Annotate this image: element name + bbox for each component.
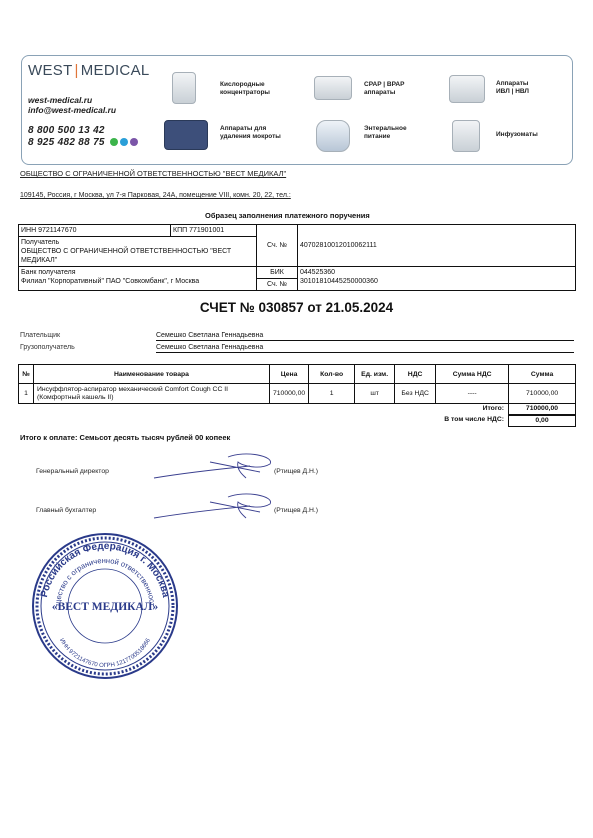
- product-cough-assist: Аппараты дляудаления мокроты: [220, 125, 281, 141]
- corr-account-label: Сч. №: [257, 279, 298, 291]
- bank-name: Филиал "Корпоративный" ПАО "Совкомбанк",…: [21, 277, 254, 286]
- product-cpap: CPAP | BPAPаппараты: [364, 81, 404, 97]
- bank-cell: Банк получателя Филиал "Корпоративный" П…: [19, 267, 257, 291]
- row-name-line-1: Инсуффлятор-аспиратор механический Comfo…: [37, 386, 266, 394]
- enteral-pump-icon: [316, 120, 350, 152]
- email-link[interactable]: info@west-medical.ru: [28, 105, 116, 115]
- payment-sample-title: Образец заполнения платежного поручения: [205, 211, 370, 220]
- total-label: Итого:: [304, 405, 504, 412]
- account-label: Сч. №: [257, 225, 298, 267]
- payer-value: Семешко Светлана Геннадьевна: [156, 332, 574, 341]
- recipient-name: ОБЩЕСТВО С ОГРАНИЧЕННОЙ ОТВЕТСТВЕННОСТЬЮ…: [21, 247, 251, 265]
- director-role: Генеральный директор: [36, 468, 109, 475]
- total-value: 710000,00: [508, 404, 576, 415]
- goods-header-row: № Наименование товара Цена Кол-во Ед. из…: [19, 365, 576, 384]
- vat-total-value: 0,00: [508, 415, 576, 427]
- phone-2-row: 8 925 482 88 75: [28, 137, 138, 148]
- row-num: 1: [19, 384, 34, 404]
- bik-corr-cell: 044525360 30101810445250000360: [298, 267, 576, 291]
- corr-account: 30101810445250000360: [300, 277, 573, 286]
- viber-icon: [130, 138, 138, 146]
- logo-separator: |: [75, 62, 79, 79]
- cpap-device-icon: [314, 76, 352, 100]
- bank-details-table: ИНН 9721147670 КПП 771901001 Сч. № 40702…: [18, 224, 576, 291]
- goods-table: № Наименование товара Цена Кол-во Ед. из…: [18, 364, 576, 404]
- bik-value: 044525360: [300, 268, 573, 277]
- recipient-label: Получатель: [21, 238, 254, 247]
- accountant-name: (Ртищев Д.Н.): [274, 507, 318, 514]
- company-stamp: Российская Федерация г. Москва Общество …: [30, 528, 180, 684]
- website-link[interactable]: west-medical.ru: [28, 95, 92, 105]
- supplier-company: ОБЩЕСТВО С ОГРАНИЧЕННОЙ ОТВЕТСТВЕННОСТЬЮ…: [20, 169, 286, 178]
- col-unit: Ед. изм.: [355, 365, 395, 384]
- logo: WEST|MEDICAL: [28, 62, 150, 79]
- row-name: Инсуффлятор-аспиратор механический Comfo…: [34, 384, 270, 404]
- accountant-signature: [150, 490, 280, 522]
- col-name: Наименование товара: [34, 365, 270, 384]
- accountant-role: Главный бухгалтер: [36, 507, 96, 514]
- col-price: Цена: [270, 365, 309, 384]
- phone-2: 8 925 482 88 75: [28, 137, 105, 148]
- account-number: 40702810012010062111: [298, 225, 576, 267]
- row-vat: Без НДС: [395, 384, 436, 404]
- recipient-cell: Получатель ОБЩЕСТВО С ОГРАНИЧЕННОЙ ОТВЕТ…: [19, 237, 257, 267]
- director-name: (Ртищев Д.Н.): [274, 468, 318, 475]
- skype-icon: [120, 138, 128, 146]
- supplier-address: 109145, Россия, г Москва, ул 7-я Паркова…: [20, 192, 291, 199]
- kpp: КПП 771901001: [171, 225, 257, 237]
- bank-label: Банк получателя: [21, 268, 254, 277]
- inn: ИНН 9721147670: [19, 225, 171, 237]
- amount-in-words: Итого к оплате: Семьсот десять тысяч руб…: [20, 433, 230, 442]
- col-num: №: [19, 365, 34, 384]
- row-unit: шт: [355, 384, 395, 404]
- row-sum: 710000,00: [509, 384, 576, 404]
- phone-1: 8 800 500 13 42: [28, 125, 105, 136]
- product-ventilator: АппаратыИВЛ | НВЛ: [496, 80, 529, 96]
- consignee-label: Грузополучатель: [20, 344, 75, 351]
- consignee-value: Семешко Светлана Геннадьевна: [156, 344, 574, 353]
- col-vat: НДС: [395, 365, 436, 384]
- product-infusion: Инфузоматы: [496, 131, 538, 139]
- infusion-pump-icon: [452, 120, 480, 152]
- col-vat-sum: Сумма НДС: [436, 365, 509, 384]
- cough-assist-icon: [164, 120, 208, 150]
- vat-total-label: В том числе НДС:: [304, 416, 504, 423]
- logo-left: WEST: [28, 62, 73, 79]
- oxygen-concentrator-icon: [172, 72, 196, 104]
- svg-text:«ВЕСТ МЕДИКАЛ»: «ВЕСТ МЕДИКАЛ»: [52, 601, 159, 613]
- row-price: 710000,00: [270, 384, 309, 404]
- row-name-line-2: (Комфортный кашель II): [37, 394, 266, 402]
- whatsapp-icon: [110, 138, 118, 146]
- row-qty: 1: [309, 384, 355, 404]
- payer-label: Плательщик: [20, 332, 60, 339]
- row-vat-sum: ----: [436, 384, 509, 404]
- col-sum: Сумма: [509, 365, 576, 384]
- product-enteral: Энтеральноепитание: [364, 125, 407, 141]
- bik-label: БИК: [257, 267, 298, 279]
- logo-right: MEDICAL: [81, 62, 150, 79]
- ventilator-icon: [449, 75, 485, 103]
- product-oxygen: Кислородныеконцентраторы: [220, 81, 270, 97]
- director-signature: [150, 452, 280, 484]
- invoice-title: СЧЕТ № 030857 от 21.05.2024: [0, 300, 593, 315]
- col-qty: Кол-во: [309, 365, 355, 384]
- table-row: 1 Инсуффлятор-аспиратор механический Com…: [19, 384, 576, 404]
